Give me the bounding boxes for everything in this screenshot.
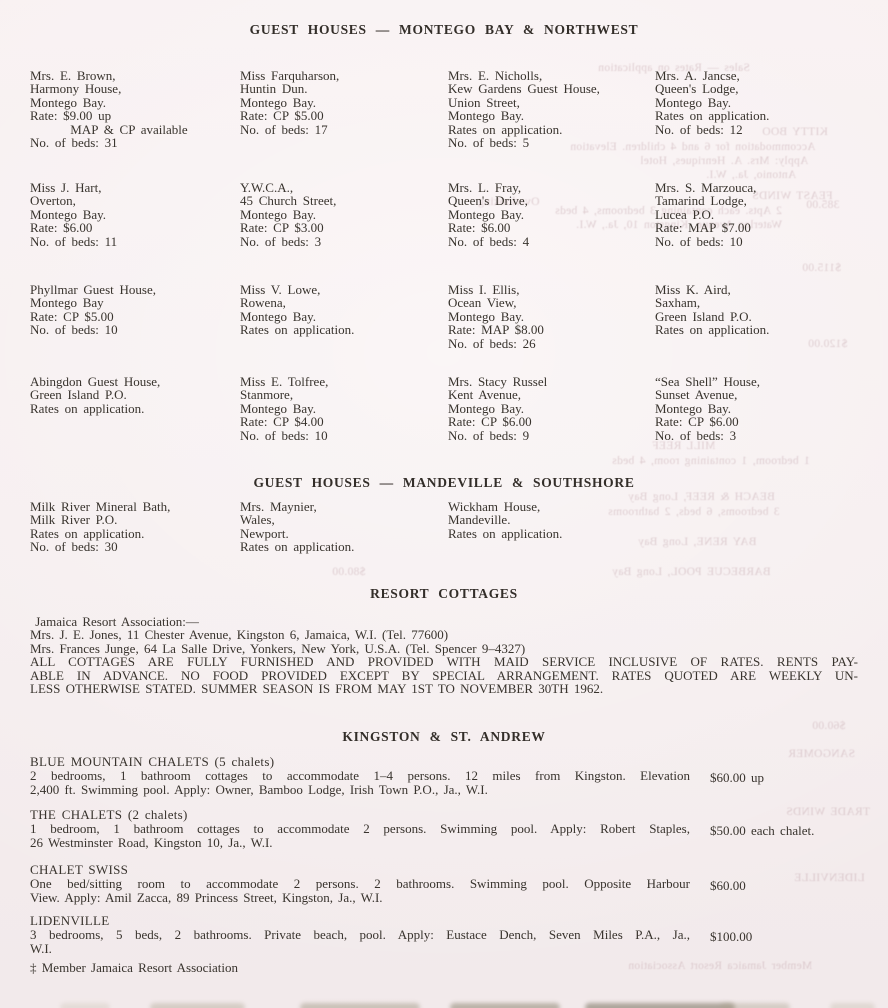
resort-paragraph-line: Mrs. Frances Junge, 64 La Salle Drive, Y… [30, 642, 858, 655]
cottage-description-line: 3 bedrooms, 5 beds, 2 bathrooms. Private… [30, 928, 690, 942]
guest-house-line: Milk River Mineral Bath, [30, 500, 242, 513]
cottage-description-line: One bed/sitting room to accommodate 2 pe… [30, 877, 690, 891]
guest-house-line: Sunset Avenue, [655, 388, 867, 401]
cottage-description: 1 bedroom, 1 bathroom cottages to accomm… [30, 822, 690, 849]
scan-smudge [830, 1003, 875, 1008]
guest-house-line: Newport. [240, 527, 452, 540]
guest-house-entry: Mrs. A. Jancse,Queen's Lodge,Montego Bay… [655, 69, 867, 136]
guest-house-line: Lucea P.O. [655, 208, 867, 221]
guest-house-line: Montego Bay. [448, 310, 660, 323]
guest-house-line: Miss E. Tolfree, [240, 375, 452, 388]
guest-house-line: Montego Bay. [30, 96, 242, 109]
guest-house-line: No. of beds: 31 [30, 136, 242, 149]
guest-house-line: Montego Bay. [655, 402, 867, 415]
guest-house-line: Huntin Dun. [240, 82, 452, 95]
guest-house-line: Rates on application. [448, 123, 660, 136]
guest-house-line: Rates on application. [240, 540, 452, 553]
cottage-name: CHALET SWISS [30, 863, 858, 877]
guest-house-line: Ocean View, [448, 296, 660, 309]
guest-house-entry: Miss J. Hart,Overton,Montego Bay.Rate: $… [30, 181, 242, 248]
bleedthrough-text: 1 bedroom, 1 containing room, 4 beds [612, 455, 810, 467]
guest-house-line: Montego Bay. [240, 208, 452, 221]
guest-house-line: Montego Bay. [30, 208, 242, 221]
guest-house-line: No. of beds: 9 [448, 429, 660, 442]
guest-house-line: No. of beds: 10 [240, 429, 452, 442]
guest-house-line: Montego Bay. [448, 402, 660, 415]
guest-house-line: No. of beds: 5 [448, 136, 660, 149]
guest-house-line: Stanmore, [240, 388, 452, 401]
guest-house-entry: Miss I. Ellis,Ocean View,Montego Bay.Rat… [448, 283, 660, 350]
cottage-listing: CHALET SWISSOne bed/sitting room to acco… [30, 863, 858, 904]
guest-house-entry: Mrs. L. Fray,Queen's Drive,Montego Bay.R… [448, 181, 660, 248]
guest-house-line: Montego Bay. [448, 109, 660, 122]
guest-house-line: Rate: $9.00 up [30, 109, 242, 122]
guest-house-line: Harmony House, [30, 82, 242, 95]
guest-house-line: 45 Church Street, [240, 194, 452, 207]
guest-house-line: No. of beds: 30 [30, 540, 242, 553]
cottage-listing: LIDENVILLE3 bedrooms, 5 beds, 2 bathroom… [30, 914, 858, 955]
guest-house-entry: Miss V. Lowe,Rowena,Montego Bay.Rates on… [240, 283, 452, 337]
cottage-description-line: 26 Westminster Road, Kingston 10, Ja., W… [30, 836, 690, 850]
guest-house-line: Tamarind Lodge, [655, 194, 867, 207]
guest-house-line: Montego Bay [30, 296, 242, 309]
cottage-listing: BLUE MOUNTAIN CHALETS (5 chalets)2 bedro… [30, 755, 858, 796]
guest-house-line: Rate: CP $6.00 [655, 415, 867, 428]
guest-house-line: Montego Bay. [655, 96, 867, 109]
resort-paragraph-line: ALL COTTAGES ARE FULLY FURNISHED AND PRO… [30, 655, 858, 668]
guest-house-line: Rate: CP $3.00 [240, 221, 452, 234]
guest-house-line: Rate: MAP $8.00 [448, 323, 660, 336]
guest-house-line: Rate: CP $6.00 [448, 415, 660, 428]
guest-house-line: Rate: MAP $7.00 [655, 221, 867, 234]
section-title-montego-bay: GUEST HOUSES — MONTEGO BAY & NORTHWEST [0, 22, 888, 38]
guest-house-line: Mrs. L. Fray, [448, 181, 660, 194]
guest-house-line: Rates on application. [655, 109, 867, 122]
guest-house-entry: Mrs. E. Nicholls,Kew Gardens Guest House… [448, 69, 660, 150]
guest-house-line: Mrs. A. Jancse, [655, 69, 867, 82]
guest-house-line: Miss I. Ellis, [448, 283, 660, 296]
scan-smudge [300, 1003, 420, 1008]
guest-house-line: Rate: $6.00 [30, 221, 242, 234]
guest-house-line: Union Street, [448, 96, 660, 109]
guest-house-line: No. of beds: 11 [30, 235, 242, 248]
cottage-description-line: W.I. [30, 942, 690, 956]
guest-house-line: Miss V. Lowe, [240, 283, 452, 296]
bleedthrough-text: $120.00 [808, 338, 847, 350]
guest-house-line: No. of beds: 4 [448, 235, 660, 248]
guest-house-line: Miss Farquharson, [240, 69, 452, 82]
guest-house-line: Rates on application. [655, 323, 867, 336]
guest-house-line: Montego Bay. [240, 402, 452, 415]
guest-house-entry: Abingdon Guest House,Green Island P.O.Ra… [30, 375, 242, 415]
guest-house-line: Miss J. Hart, [30, 181, 242, 194]
resort-paragraph-line: Mrs. J. E. Jones, 11 Chester Avenue, Kin… [30, 628, 858, 641]
cottage-description: 3 bedrooms, 5 beds, 2 bathrooms. Private… [30, 928, 690, 955]
resort-cottages-paragraph: Jamaica Resort Association:—Mrs. J. E. J… [30, 615, 858, 696]
guest-house-entry: Miss E. Tolfree,Stanmore,Montego Bay.Rat… [240, 375, 452, 442]
scan-smudge [720, 1003, 790, 1008]
guest-house-line: No. of beds: 3 [240, 235, 452, 248]
guest-house-line: Montego Bay. [240, 96, 452, 109]
resort-paragraph-line: Jamaica Resort Association:— [30, 615, 858, 628]
section-title-mandeville: GUEST HOUSES — MANDEVILLE & SOUTHSHORE [0, 475, 888, 491]
bleedthrough-text: BARBECUE POOL, Long Bay [612, 566, 771, 578]
guest-house-entry: Phyllmar Guest House,Montego BayRate: CP… [30, 283, 242, 337]
cottage-description: One bed/sitting room to accommodate 2 pe… [30, 877, 690, 904]
footnote-member-note: ‡ Member Jamaica Resort Association [30, 960, 238, 976]
guest-house-line: Rate: CP $4.00 [240, 415, 452, 428]
bleedthrough-text: $80.00 [332, 566, 365, 578]
resort-paragraph-line: ABLE IN ADVANCE. NO FOOD PROVIDED EXCEPT… [30, 669, 858, 682]
cottage-price: $50.00 each chalet. [710, 823, 814, 839]
guest-house-line: No. of beds: 17 [240, 123, 452, 136]
guest-house-line: Mrs. S. Marzouca, [655, 181, 867, 194]
guest-house-line: Mrs. Stacy Russel [448, 375, 660, 388]
guest-house-line: No. of beds: 10 [655, 235, 867, 248]
guest-house-line: Saxham, [655, 296, 867, 309]
guest-house-line: Rates on application. [30, 527, 242, 540]
scanned-page: Sales — Rates on applicationKITTY BOOAcc… [0, 0, 888, 1008]
bleedthrough-text: Apply: Mrs. A. Henriques, Hotel [640, 155, 808, 167]
guest-house-line: No. of beds: 3 [655, 429, 867, 442]
cottage-name: THE CHALETS (2 chalets) [30, 808, 858, 822]
guest-house-line: Y.W.C.A., [240, 181, 452, 194]
guest-house-line: Abingdon Guest House, [30, 375, 242, 388]
cottage-description-line: 2,400 ft. Swimming pool. Apply: Owner, B… [30, 783, 690, 797]
guest-house-entry: Mrs. Stacy RusselKent Avenue,Montego Bay… [448, 375, 660, 442]
guest-house-entry: Mrs. S. Marzouca,Tamarind Lodge,Lucea P.… [655, 181, 867, 248]
resort-paragraph-line: LESS OTHERWISE STATED. SUMMER SEASON IS … [30, 682, 858, 695]
guest-house-line: Miss K. Aird, [655, 283, 867, 296]
guest-house-entry: Y.W.C.A.,45 Church Street,Montego Bay.Ra… [240, 181, 452, 248]
cottage-name: LIDENVILLE [30, 914, 858, 928]
guest-house-line: Overton, [30, 194, 242, 207]
cottage-price: $60.00 up [710, 770, 764, 786]
cottage-description: 2 bedrooms, 1 bathroom cottages to accom… [30, 769, 690, 796]
guest-house-entry: Mrs. E. Brown,Harmony House,Montego Bay.… [30, 69, 242, 150]
scan-smudge [585, 1003, 735, 1008]
guest-house-line: Wales, [240, 513, 452, 526]
bleedthrough-text: Member Jamaica Resort Association [628, 960, 812, 972]
guest-house-line: Wickham House, [448, 500, 660, 513]
guest-house-line: Montego Bay. [448, 208, 660, 221]
guest-house-line: Rates on application. [240, 323, 452, 336]
guest-house-line: Rowena, [240, 296, 452, 309]
guest-house-line: “Sea Shell” House, [655, 375, 867, 388]
cottage-listing: THE CHALETS (2 chalets)1 bedroom, 1 bath… [30, 808, 858, 849]
cottage-price: $100.00 [710, 929, 752, 945]
cottage-price: $60.00 [710, 878, 746, 894]
guest-house-line: Rate: $6.00 [448, 221, 660, 234]
cottage-name: BLUE MOUNTAIN CHALETS (5 chalets) [30, 755, 858, 769]
scan-smudge [60, 1003, 110, 1008]
guest-house-line: Rate: CP $5.00 [240, 109, 452, 122]
cottage-description-line: 1 bedroom, 1 bathroom cottages to accomm… [30, 822, 690, 836]
guest-house-entry: Mrs. Maynier,Wales,Newport.Rates on appl… [240, 500, 452, 554]
guest-house-line: Montego Bay. [240, 310, 452, 323]
scan-smudge [150, 1003, 245, 1008]
cottage-description-line: 2 bedrooms, 1 bathroom cottages to accom… [30, 769, 690, 783]
guest-house-line: Rates on application. [30, 402, 242, 415]
guest-house-line: Mrs. E. Nicholls, [448, 69, 660, 82]
section-title-kingston: KINGSTON & ST. ANDREW [0, 729, 888, 745]
guest-house-line: No. of beds: 10 [30, 323, 242, 336]
guest-house-line: Green Island P.O. [655, 310, 867, 323]
guest-house-line: MAP & CP available [30, 123, 242, 136]
guest-house-line: Phyllmar Guest House, [30, 283, 242, 296]
guest-house-line: Mandeville. [448, 513, 660, 526]
guest-house-entry: Wickham House,Mandeville.Rates on applic… [448, 500, 660, 540]
guest-house-line: Kent Avenue, [448, 388, 660, 401]
scan-smudge [450, 1003, 560, 1008]
guest-house-line: Green Island P.O. [30, 388, 242, 401]
guest-house-line: Mrs. Maynier, [240, 500, 452, 513]
guest-house-entry: Miss Farquharson,Huntin Dun.Montego Bay.… [240, 69, 452, 136]
scan-edge-artifacts [0, 996, 888, 1008]
bleedthrough-text: $115.00 [802, 262, 841, 274]
guest-house-line: Rates on application. [448, 527, 660, 540]
guest-house-entry: Miss K. Aird,Saxham,Green Island P.O.Rat… [655, 283, 867, 337]
guest-house-line: No. of beds: 26 [448, 337, 660, 350]
guest-house-line: Queen's Drive, [448, 194, 660, 207]
guest-house-line: Queen's Lodge, [655, 82, 867, 95]
guest-house-line: Mrs. E. Brown, [30, 69, 242, 82]
guest-house-line: Kew Gardens Guest House, [448, 82, 660, 95]
guest-house-entry: “Sea Shell” House,Sunset Avenue,Montego … [655, 375, 867, 442]
guest-house-line: No. of beds: 12 [655, 123, 867, 136]
cottage-description-line: View. Apply: Amil Zacca, 89 Princess Str… [30, 891, 690, 905]
guest-house-line: Rate: CP $5.00 [30, 310, 242, 323]
guest-house-line: Milk River P.O. [30, 513, 242, 526]
guest-house-entry: Milk River Mineral Bath,Milk River P.O.R… [30, 500, 242, 554]
section-title-resort-cottages: RESORT COTTAGES [0, 586, 888, 602]
